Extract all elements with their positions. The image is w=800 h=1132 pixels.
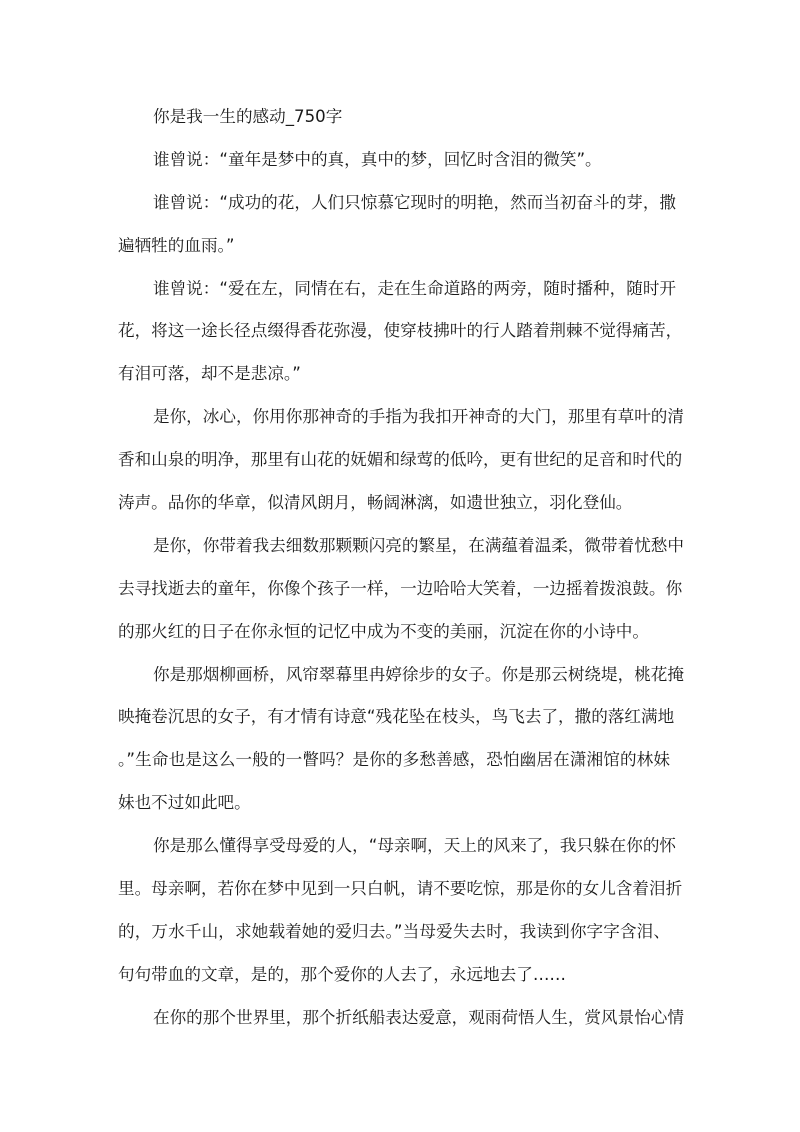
paragraph-6-line-3: 。”生命也是这么一般的一瞥吗？是你的多愁善感，恐怕幽居在潇湘馆的林妹: [118, 739, 670, 782]
paragraph-3-line-3: 有泪可落，却不是悲凉。”: [118, 353, 670, 396]
paragraph-6-line-4: 妹也不过如此吧。: [118, 782, 670, 825]
paragraph-7-line-4: 句句带血的文章，是的，那个爱你的人去了，永远地去了……: [118, 954, 670, 997]
paragraph-5-line-3: 的那火红的日子在你永恒的记忆中成为不变的美丽，沉淀在你的小诗中。: [118, 611, 670, 654]
paragraph-4-line-1: 是你，冰心，你用你那神奇的手指为我扣开神奇的大门，那里有草叶的清: [118, 396, 670, 439]
paragraph-5-line-2: 去寻找逝去的童年，你像个孩子一样，一边哈哈大笑着，一边摇着拨浪鼓。你: [118, 568, 670, 611]
paragraph-4-line-2: 香和山泉的明净，那里有山花的妩媚和绿莺的低吟，更有世纪的足音和时代的: [118, 439, 670, 482]
paragraph-2-line-2: 遍牺牲的血雨。”: [118, 225, 670, 268]
paragraph-3-line-2: 花，将这一途长径点缀得香花弥漫，使穿枝拂叶的行人踏着荆棘不觉得痛苦，: [118, 310, 670, 353]
paragraph-7-line-1: 你是那么懂得享受母爱的人，“母亲啊，天上的风来了，我只躲在你的怀: [118, 825, 670, 868]
paragraph-2-line-1: 谁曾说：“成功的花，人们只惊慕它现时的明艳，然而当初奋斗的芽，撒: [118, 182, 670, 225]
paragraph-1-line-1: 谁曾说：“童年是梦中的真，真中的梦，回忆时含泪的微笑”。: [118, 139, 670, 182]
paragraph-3-line-1: 谁曾说：“爱在左，同情在右，走在生命道路的两旁，随时播种，随时开: [118, 268, 670, 311]
document-page: 你是我一生的感动_750字 谁曾说：“童年是梦中的真，真中的梦，回忆时含泪的微笑…: [0, 0, 800, 1132]
paragraph-7-line-3: 的，万水千山，求她载着她的爱归去。”当母爱失去时，我读到你字字含泪、: [118, 911, 670, 954]
paragraph-8-line-1: 在你的那个世界里，那个折纸船表达爱意，观雨荷悟人生，赏风景怡心情: [118, 997, 670, 1040]
essay-title: 你是我一生的感动_750字: [118, 96, 670, 139]
paragraph-4-line-3: 涛声。品你的华章，似清风朗月，畅阔淋漓，如遗世独立，羽化登仙。: [118, 482, 670, 525]
paragraph-7-line-2: 里。母亲啊，若你在梦中见到一只白帆，请不要吃惊，那是你的女儿含着泪折: [118, 868, 670, 911]
paragraph-6-line-1: 你是那烟柳画桥，风帘翠幕里冉婷徐步的女子。你是那云树绕堤，桃花掩: [118, 654, 670, 697]
essay-body: 你是我一生的感动_750字 谁曾说：“童年是梦中的真，真中的梦，回忆时含泪的微笑…: [118, 96, 670, 1040]
paragraph-5-line-1: 是你，你带着我去细数那颗颗闪亮的繁星，在满蕴着温柔，微带着忧愁中: [118, 525, 670, 568]
paragraph-6-line-2: 映掩卷沉思的女子，有才情有诗意“残花坠在枝头，鸟飞去了，撒的落红满地: [118, 696, 670, 739]
